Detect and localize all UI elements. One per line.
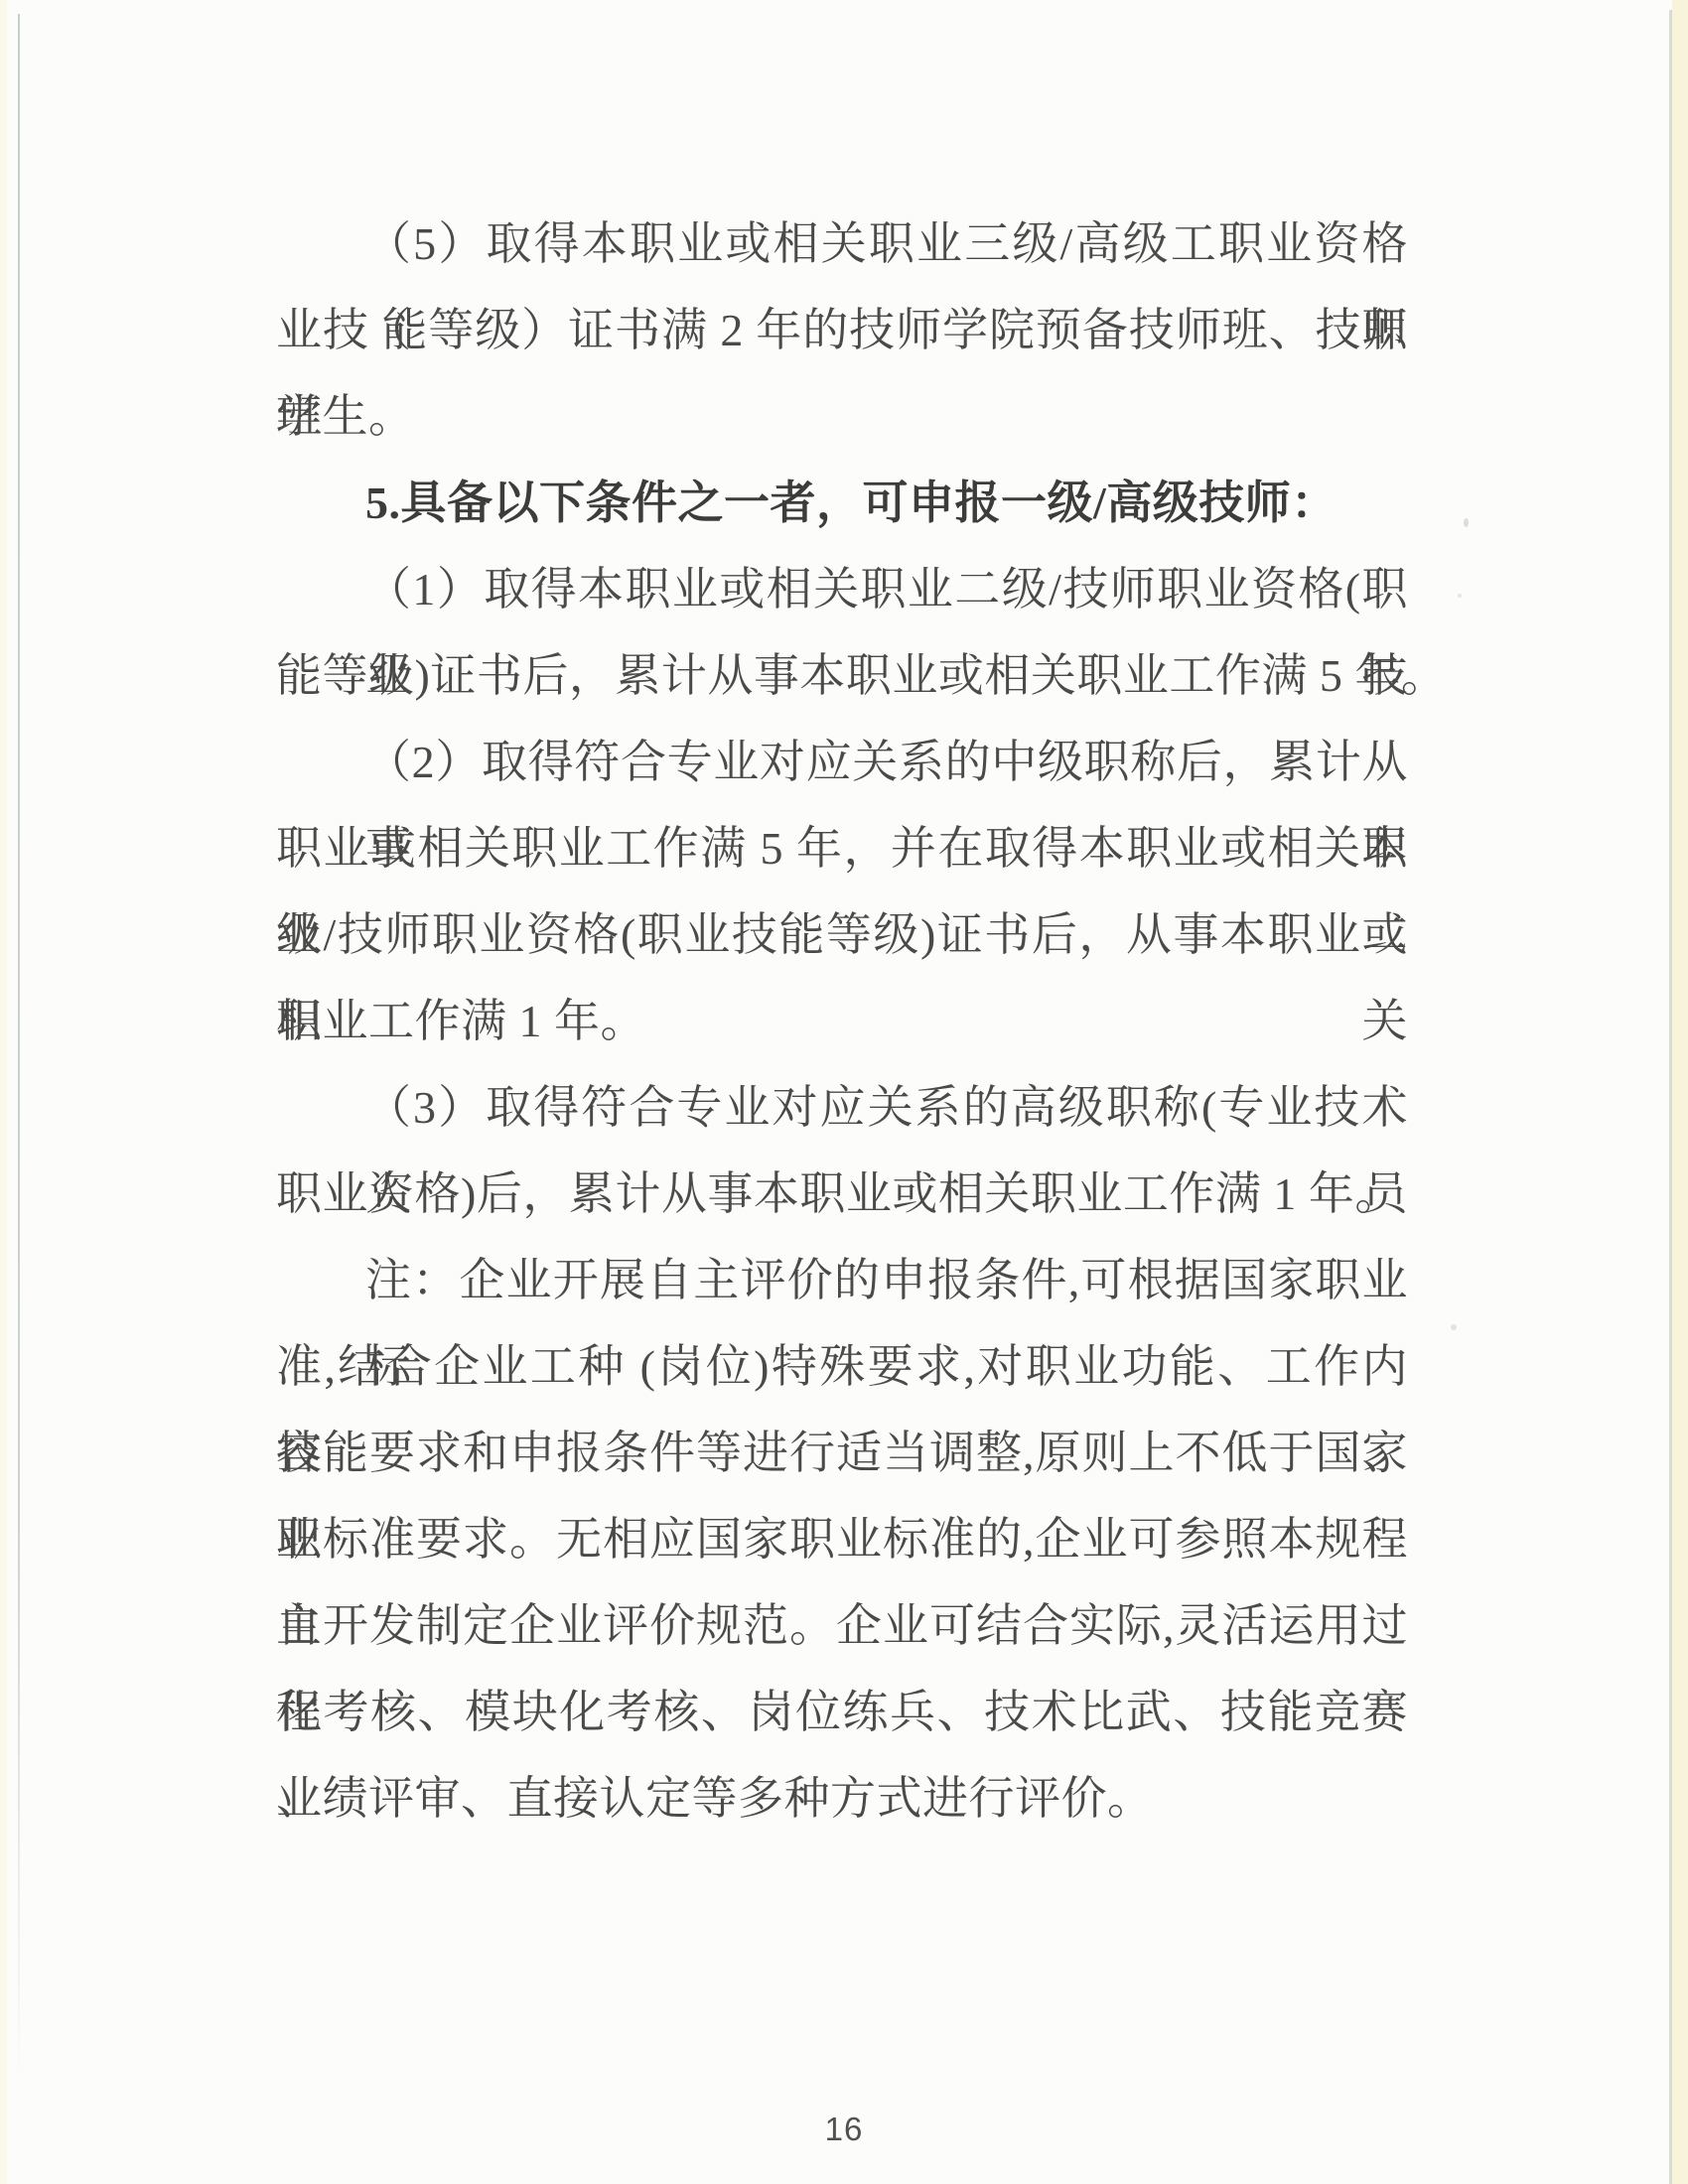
scan-speck [1464,518,1469,527]
note-line: 主开发制定企业评价规范。企业可结合实际,灵活运用过程 [276,1582,1408,1669]
text-line: 级/技师职业资格(职业技能等级)证书后，从事本职业或相关 [276,891,1408,978]
text-line: （2）取得符合专业对应关系的中级职称后，累计从事本 [276,719,1408,805]
note-line: 业绩评审、直接认定等多种方式进行评价。 [276,1755,1408,1842]
note-line: 化考核、模块化考核、岗位练兵、技术比武、技能竞赛 、 [276,1669,1408,1755]
text-line: （3）取得符合专业对应关系的高级职称(专业技术人员 [276,1064,1408,1151]
text-line: 学生。 [276,373,1408,460]
note-line: 业标准要求。无相应国家职业标准的,企业可参照本规程自 [276,1496,1408,1582]
document-body: （5）取得本职业或相关职业三级/高级工职业资格（职 业技 能等级）证书满 2 年… [276,201,1408,1842]
text-line: 业技 能等级）证书满 2 年的技师学院预备技师班、技师班 [276,287,1408,373]
text-line: （5）取得本职业或相关职业三级/高级工职业资格（职 [276,201,1408,287]
text-line: 职业资格)后，累计从事本职业或相关职业工作满 1 年。 [276,1151,1408,1237]
text-line: 能等级)证书后，累计从事本职业或相关职业工作满 5 年。 [276,632,1408,719]
section-heading: 5.具备以下条件之一者，可申报一级/高级技师： [276,460,1408,546]
scan-speck [1451,1324,1457,1330]
scan-speck [1458,594,1462,598]
text-line: （1）取得本职业或相关职业二级/技师职业资格(职业技 [276,546,1408,632]
note-line: 技能要求和申报条件等进行适当调整,原则上不低于国家职 [276,1410,1408,1496]
note-line: 准,结合企业工种 (岗位)特殊要求,对职业功能、工作内容、 [276,1323,1408,1410]
note-line: 注：企业开展自主评价的申报条件,可根据国家职业标 [276,1237,1408,1323]
page-number: 16 [0,2111,1688,2148]
text-line: 职业或相关职业工作满 5 年，并在取得本职业或相关职业二 [276,805,1408,891]
scan-edge-left-cream [0,0,7,2184]
scan-edge-left-line [18,14,20,2168]
scan-edge-right-cream [1672,0,1688,2184]
